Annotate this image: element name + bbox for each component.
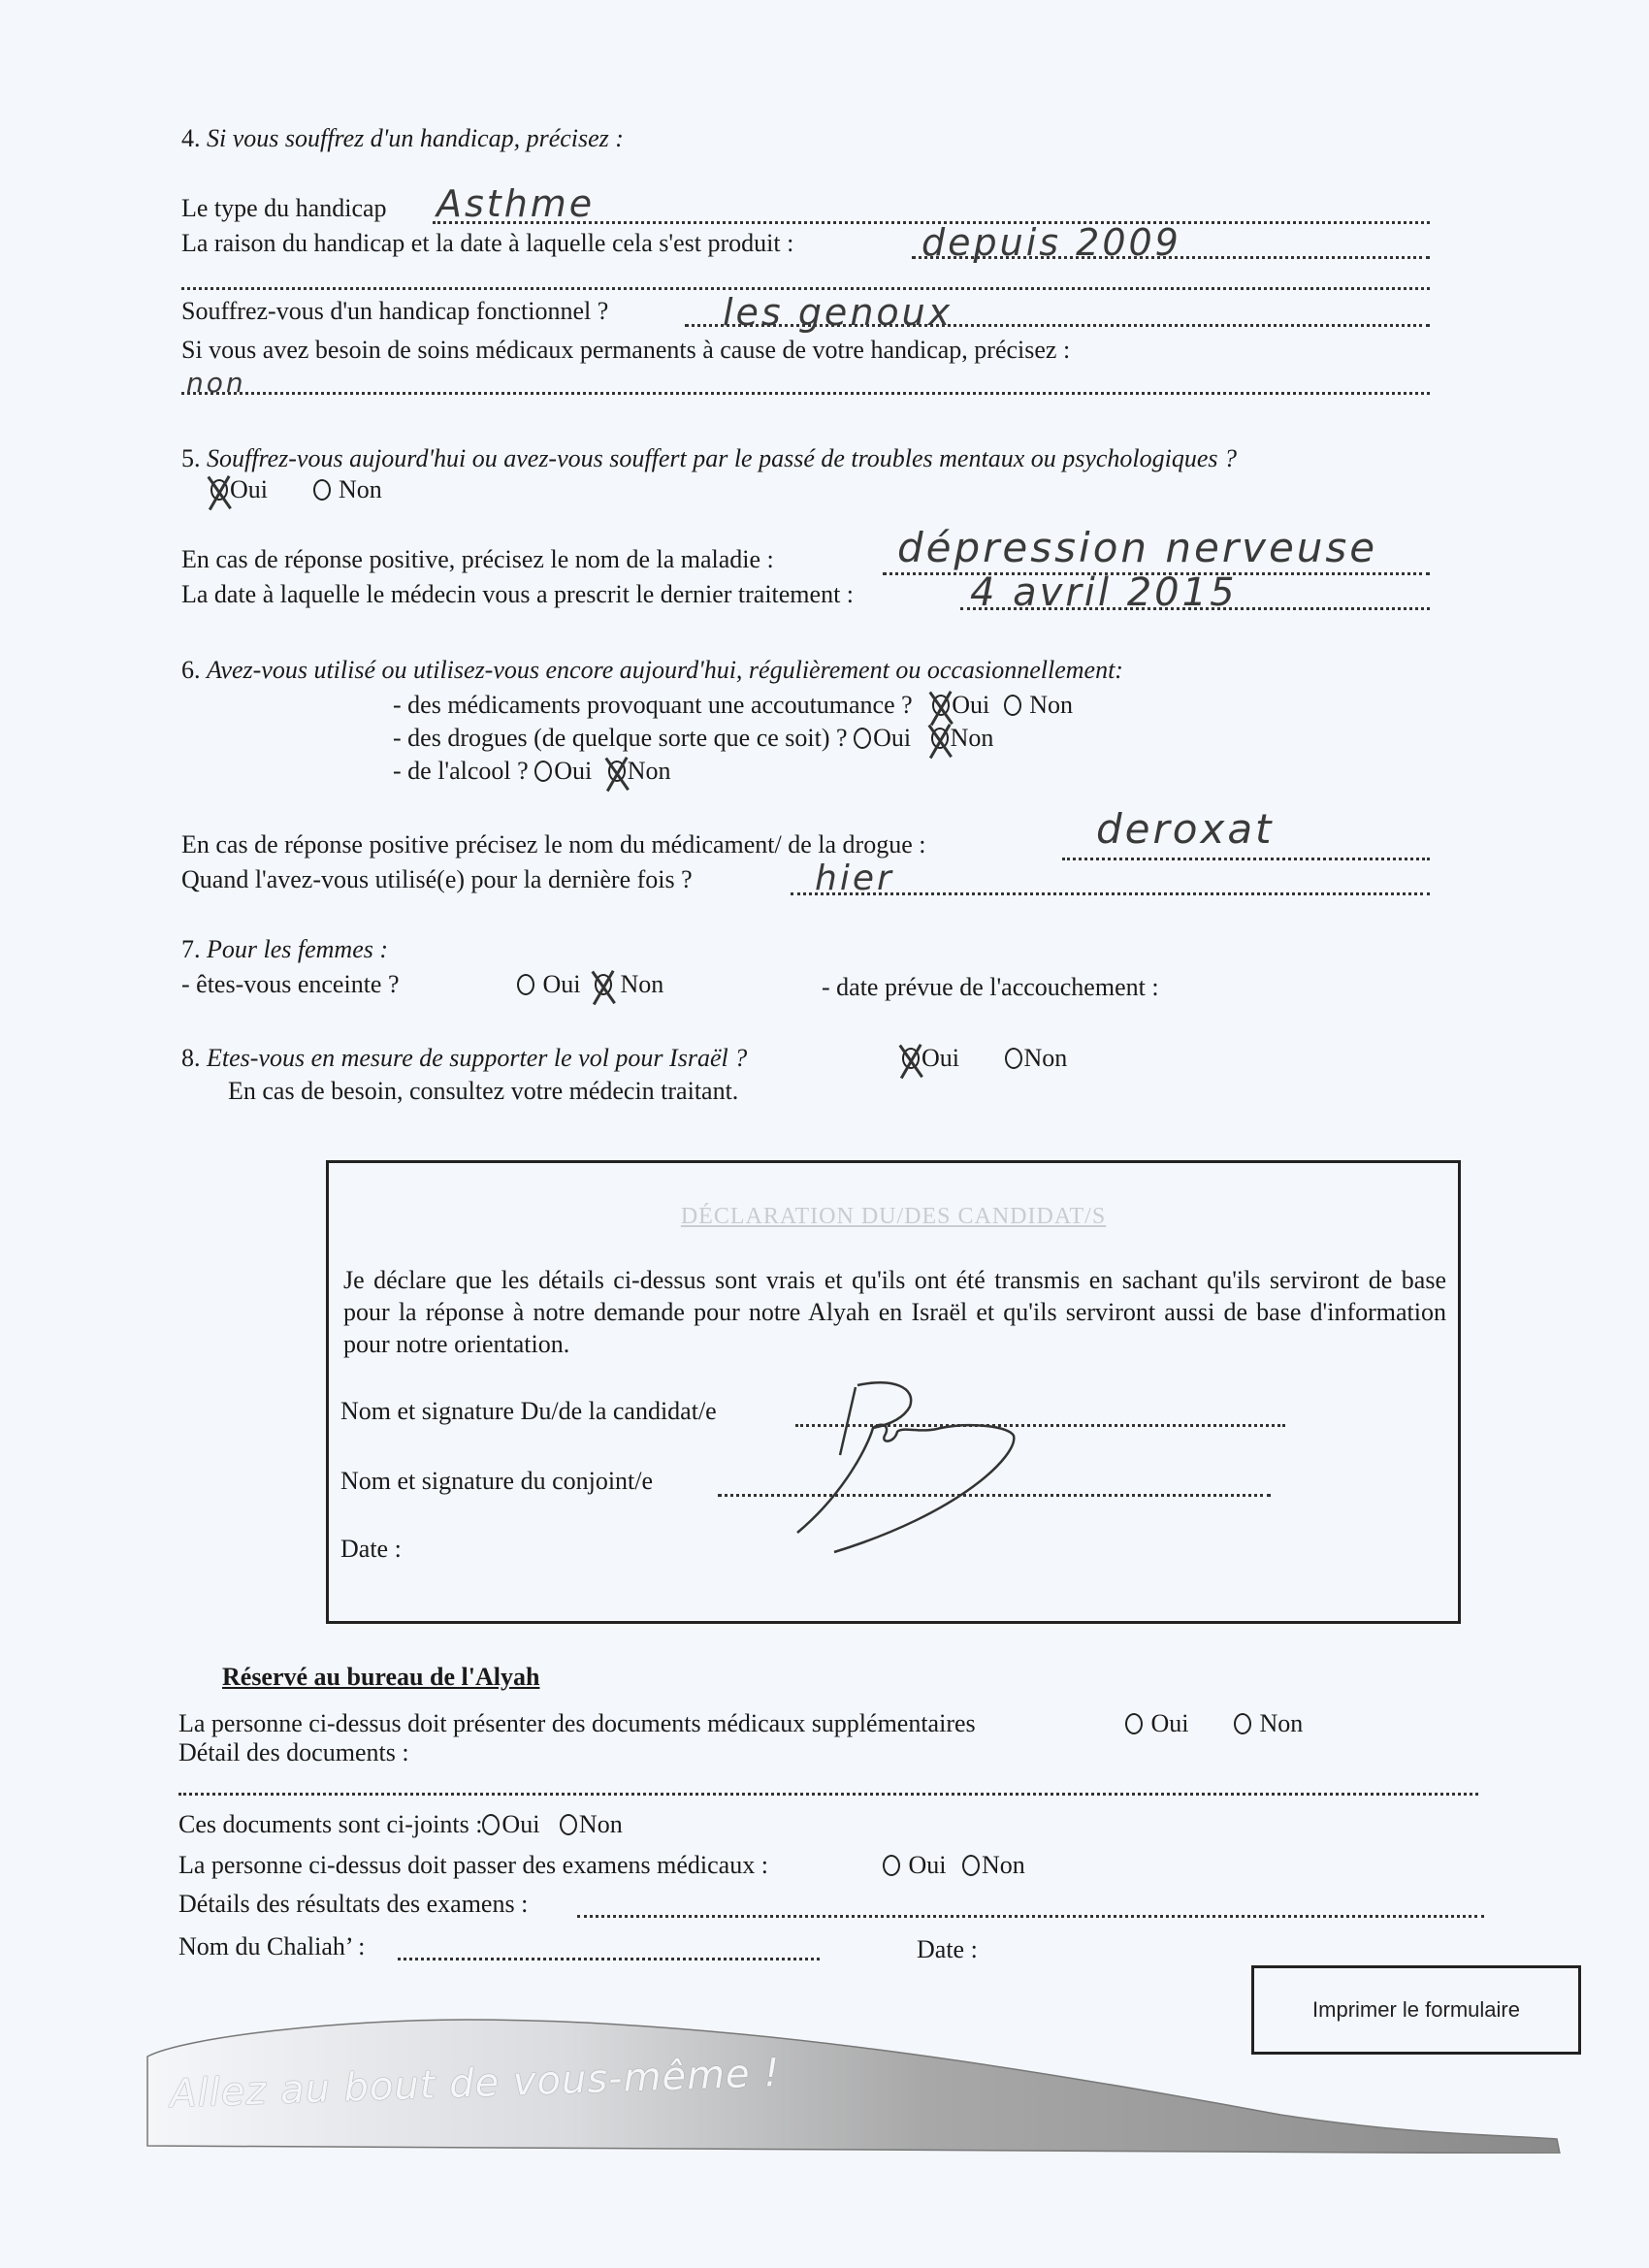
q4-title-text: Si vous souffrez d'un handicap, précisez… — [207, 124, 624, 152]
q4-care-label: Si vous avez besoin de soins médicaux pe… — [181, 336, 1070, 365]
office-docs-detail-field[interactable] — [178, 1793, 1478, 1796]
oui-label: Oui — [543, 970, 581, 998]
office-attached-label: Ces documents sont ci-joints : — [178, 1810, 482, 1838]
q6-last-value: hier — [815, 859, 894, 898]
oui-label: Oui — [501, 1810, 539, 1838]
office-extra-docs-label: La personne ci-dessus doit présenter des… — [178, 1709, 976, 1738]
q5-non-option[interactable]: Non — [313, 475, 382, 503]
radio-icon[interactable] — [931, 728, 949, 749]
q6-drugs-non[interactable]: Non — [931, 724, 994, 752]
candidate-signature-label: Nom et signature Du/de la candidat/e — [340, 1397, 717, 1426]
q6-medications-oui[interactable]: Oui — [932, 691, 989, 719]
q7-non-option[interactable]: Non — [595, 970, 663, 998]
q6-last-label: Quand l'avez-vous utilisé(e) pour la der… — [181, 865, 693, 894]
q4-number: 4. — [181, 124, 201, 152]
q7-due-label: - date prévue de l'accouchement : — [822, 973, 1159, 1002]
q6-alcohol-non[interactable]: Non — [608, 757, 671, 785]
radio-icon[interactable] — [608, 761, 626, 782]
office-date-label: Date : — [917, 1935, 978, 1964]
q8-number: 8. — [181, 1044, 201, 1072]
q6-title: 6. Avez-vous utilisé ou utilisez-vous en… — [181, 656, 1123, 685]
q5-title: 5. Souffrez-vous aujourd'hui ou avez-vou… — [181, 444, 1237, 473]
non-label: Non — [1029, 691, 1073, 719]
oui-label: Oui — [921, 1044, 959, 1072]
radio-icon[interactable] — [517, 974, 534, 995]
radio-icon[interactable] — [595, 974, 612, 995]
q4-type-label: Le type du handicap — [181, 194, 387, 223]
q7-number: 7. — [181, 935, 201, 963]
q5-oui-radio[interactable] — [210, 479, 228, 501]
oui-label: Oui — [909, 1851, 947, 1879]
radio-icon[interactable] — [854, 728, 871, 749]
q5-options: Oui Non — [210, 475, 382, 504]
q8-non-option[interactable]: Non — [1005, 1044, 1068, 1072]
q6-number: 6. — [181, 656, 201, 684]
non-label: Non — [951, 724, 994, 752]
q6-item-label: - des médicaments provoquant une accoutu… — [393, 691, 913, 719]
office-exams-oui[interactable]: Oui — [883, 1851, 947, 1879]
q5-non-radio[interactable] — [313, 479, 331, 501]
non-label: Non — [982, 1851, 1025, 1879]
declaration-date-label: Date : — [340, 1535, 402, 1564]
q4-reason-field-line2[interactable] — [181, 287, 1430, 290]
office-attached-row: Ces documents sont ci-joints :Oui Non — [178, 1810, 623, 1839]
q6-drug-field[interactable] — [1062, 858, 1430, 860]
q6-medications-non[interactable]: Non — [1004, 691, 1073, 719]
radio-icon[interactable] — [883, 1855, 900, 1876]
q4-title: 4. Si vous souffrez d'un handicap, préci… — [181, 124, 624, 153]
signature-icon — [776, 1368, 1203, 1562]
q7-pregnant-label: - êtes-vous enceinte ? — [181, 970, 400, 999]
office-exam-results-label: Détails des résultats des examens : — [178, 1890, 528, 1919]
q8-options: Oui Non — [902, 1044, 1067, 1073]
q5-non-label: Non — [339, 475, 382, 503]
radio-icon[interactable] — [1234, 1713, 1251, 1734]
q5-disease-label: En cas de réponse positive, précisez le … — [181, 545, 774, 574]
office-exam-results-field[interactable] — [577, 1915, 1484, 1918]
non-label: Non — [621, 970, 664, 998]
q7-oui-option[interactable]: Oui — [517, 970, 581, 998]
q8-title-text: Etes-vous en mesure de supporter le vol … — [207, 1044, 747, 1072]
q4-care-field[interactable] — [181, 392, 1430, 395]
office-extra-docs-options: Oui Non — [1125, 1709, 1303, 1738]
office-exams-non[interactable]: Non — [962, 1851, 1025, 1879]
non-label: Non — [579, 1810, 623, 1838]
q6-drugs-oui[interactable]: Oui — [854, 724, 911, 752]
q6-title-text: Avez-vous utilisé ou utilisez-vous encor… — [207, 656, 1123, 684]
radio-icon[interactable] — [902, 1048, 920, 1069]
office-exams-label: La personne ci-dessus doit passer des ex… — [178, 1851, 768, 1880]
radio-icon[interactable] — [534, 761, 552, 782]
q5-title-text: Souffrez-vous aujourd'hui ou avez-vous s… — [207, 444, 1237, 472]
q5-date-label: La date à laquelle le médecin vous a pre… — [181, 580, 854, 609]
non-label: Non — [628, 757, 671, 785]
q6-item-label: - de l'alcool ? — [393, 757, 529, 785]
q6-item-medications: - des médicaments provoquant une accoutu… — [393, 691, 1073, 720]
q6-item-drugs: - des drogues (de quelque sorte que ce s… — [393, 724, 993, 753]
q6-drug-label: En cas de réponse positive précisez le n… — [181, 830, 925, 859]
q4-reason-value: depuis 2009 — [921, 221, 1181, 264]
office-title: Réservé au bureau de l'Alyah — [222, 1663, 539, 1692]
q4-functional-label: Souffrez-vous d'un handicap fonctionnel … — [181, 297, 608, 326]
q5-number: 5. — [181, 444, 201, 472]
q5-oui-label: Oui — [230, 475, 268, 503]
office-extra-docs-oui[interactable]: Oui — [1125, 1709, 1189, 1737]
declaration-text: Je déclare que les détails ci-dessus son… — [343, 1264, 1446, 1360]
q6-alcohol-oui[interactable]: Oui — [534, 757, 592, 785]
non-label: Non — [1024, 1044, 1068, 1072]
declaration-title: DÉCLARATION DU/DES CANDIDAT/S — [329, 1204, 1458, 1230]
q8-oui-option[interactable]: Oui — [902, 1044, 959, 1072]
radio-icon[interactable] — [1004, 695, 1021, 716]
radio-icon[interactable] — [482, 1814, 500, 1835]
q5-disease-value: dépression nerveuse — [897, 524, 1377, 571]
q7-options: Oui Non — [517, 970, 663, 999]
office-chaliah-field[interactable] — [398, 1958, 820, 1960]
oui-label: Oui — [1151, 1709, 1189, 1737]
radio-icon[interactable] — [560, 1814, 577, 1835]
radio-icon[interactable] — [932, 695, 950, 716]
q8-note: En cas de besoin, consultez votre médeci… — [228, 1077, 738, 1106]
office-chaliah-label: Nom du Chaliah’ : — [178, 1932, 365, 1961]
q4-type-value: Asthme — [436, 182, 595, 225]
radio-icon[interactable] — [1005, 1048, 1022, 1069]
q6-drug-value: deroxat — [1096, 805, 1275, 853]
q4-care-value: non — [186, 367, 246, 399]
office-attached-non[interactable]: Non — [560, 1810, 623, 1838]
q4-functional-value: les genoux — [723, 291, 953, 334]
office-attached-oui[interactable]: Oui — [482, 1810, 539, 1838]
q6-item-label: - des drogues (de quelque sorte que ce s… — [393, 724, 848, 752]
non-label: Non — [1260, 1709, 1304, 1737]
q4-reason-label: La raison du handicap et la date à laque… — [181, 229, 793, 258]
q7-title-text: Pour les femmes : — [207, 935, 388, 963]
oui-label: Oui — [554, 757, 592, 785]
q5-oui-option[interactable]: Oui — [210, 475, 268, 503]
radio-icon[interactable] — [962, 1855, 980, 1876]
oui-label: Oui — [952, 691, 989, 719]
q8-title: 8. Etes-vous en mesure de supporter le v… — [181, 1044, 747, 1073]
q6-item-alcohol: - de l'alcool ? Oui Non — [393, 757, 670, 786]
spouse-signature-label: Nom et signature du conjoint/e — [340, 1467, 653, 1496]
office-extra-docs-non[interactable]: Non — [1234, 1709, 1303, 1737]
office-docs-detail-label: Détail des documents : — [178, 1738, 409, 1767]
office-exams-options: Oui Non — [883, 1851, 1025, 1880]
radio-icon[interactable] — [1125, 1713, 1143, 1734]
q5-date-value: 4 avril 2015 — [970, 570, 1238, 615]
oui-label: Oui — [873, 724, 911, 752]
q7-title: 7. Pour les femmes : — [181, 935, 388, 964]
